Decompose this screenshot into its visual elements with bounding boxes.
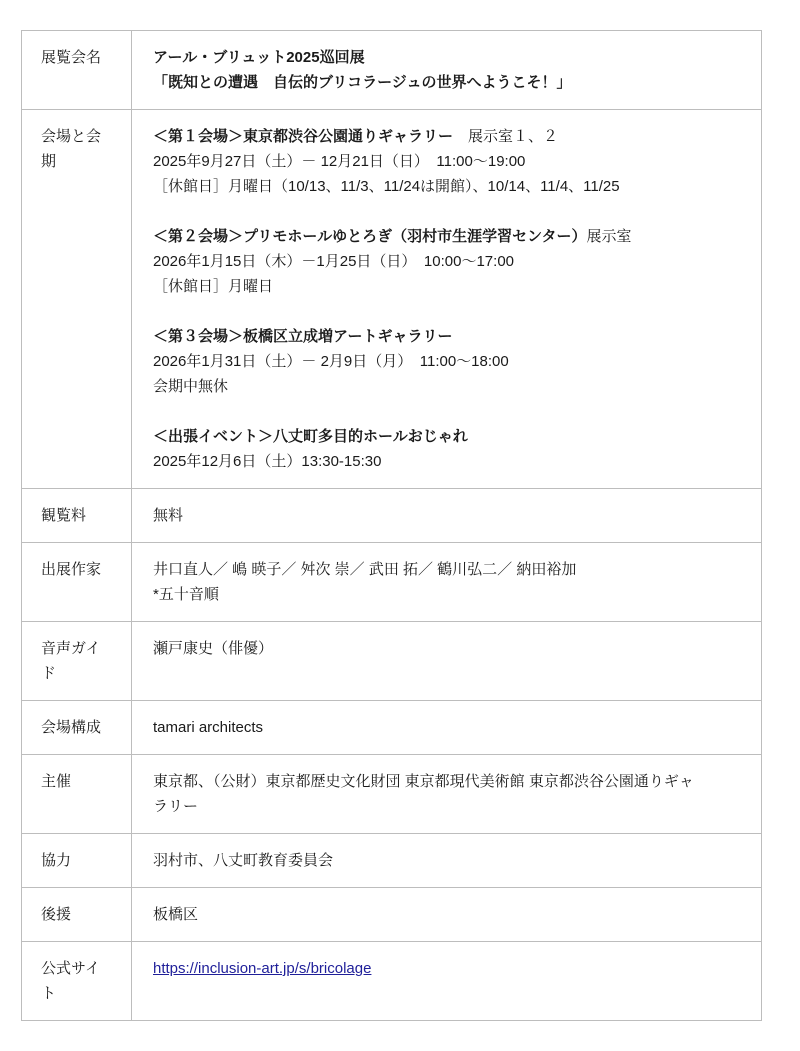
content-block: 板橋区 <box>153 902 708 927</box>
row-venues-and-dates: 会場と会期＜第１会場＞東京都渋谷公園通りギャラリー 展示室１、２2025年9月2… <box>22 110 761 489</box>
text: 会期中無休 <box>153 378 228 395</box>
exhibition-name-label: 展覧会名 <box>22 31 132 109</box>
row-artists: 出展作家井口直人／ 嶋 暎子／ 舛次 崇／ 武田 拓／ 鶴川弘二／ 納田裕加*五… <box>22 543 761 622</box>
content-line: 井口直人／ 嶋 暎子／ 舛次 崇／ 武田 拓／ 鶴川弘二／ 納田裕加 <box>153 557 708 582</box>
row-venue-design: 会場構成tamari architects <box>22 701 761 755</box>
content-block: 東京都、（公財）東京都歴史文化財団 東京都現代美術館 東京都渋谷公園通りギャラリ… <box>153 769 708 819</box>
content-line: tamari architects <box>153 715 708 740</box>
content-line: 東京都、（公財）東京都歴史文化財団 東京都現代美術館 東京都渋谷公園通りギャラリ… <box>153 769 708 819</box>
content-block: ＜出張イベント＞八丈町多目的ホールおじゃれ2025年12月6日（土）13:30-… <box>153 424 708 474</box>
content-line: 羽村市、八丈町教育委員会 <box>153 848 708 873</box>
content-line: 2025年9月27日（土）－ 12月21日（日） 11:00～19:00 <box>153 149 708 174</box>
admission-fee-content: 無料 <box>132 489 761 542</box>
venue-design-label: 会場構成 <box>22 701 132 754</box>
row-organizer: 主催東京都、（公財）東京都歴史文化財団 東京都現代美術館 東京都渋谷公園通りギャ… <box>22 755 761 834</box>
cooperation-content: 羽村市、八丈町教育委員会 <box>132 834 761 887</box>
content-line: *五十音順 <box>153 582 708 607</box>
audio-guide-label: 音声ガイド <box>22 622 132 700</box>
official-site-content: https://inclusion-art.jp/s/bricolage <box>132 942 761 1020</box>
content-line: https://inclusion-art.jp/s/bricolage <box>153 956 708 981</box>
text: 東京都、（公財）東京都歴史文化財団 東京都現代美術館 東京都渋谷公園通りギャラリ… <box>153 773 694 815</box>
text: 井口直人／ 嶋 暎子／ 舛次 崇／ 武田 拓／ 鶴川弘二／ 納田裕加 <box>153 561 576 578</box>
row-admission-fee: 観覧料無料 <box>22 489 761 543</box>
official-site-link[interactable]: https://inclusion-art.jp/s/bricolage <box>153 960 371 977</box>
content-line: ＜出張イベント＞八丈町多目的ホールおじゃれ <box>153 424 708 449</box>
text: tamari architects <box>153 719 263 736</box>
artists-label: 出展作家 <box>22 543 132 621</box>
support-content: 板橋区 <box>132 888 761 941</box>
official-site-label: 公式サイト <box>22 942 132 1020</box>
content-line: 無料 <box>153 503 708 528</box>
text: 2025年12月6日（土）13:30-15:30 <box>153 453 381 470</box>
audio-guide-content: 瀬戸康史（俳優） <box>132 622 761 700</box>
content-block: 井口直人／ 嶋 暎子／ 舛次 崇／ 武田 拓／ 鶴川弘二／ 納田裕加*五十音順 <box>153 557 708 607</box>
content-block: 瀬戸康史（俳優） <box>153 636 708 661</box>
exhibition-name-content: アール・ブリュット2025巡回展「既知との遭遇 自伝的ブリコラージュの世界へよう… <box>132 31 761 109</box>
text: 無料 <box>153 507 183 524</box>
row-audio-guide: 音声ガイド瀬戸康史（俳優） <box>22 622 761 701</box>
text: 羽村市、八丈町教育委員会 <box>153 852 333 869</box>
cooperation-label: 協力 <box>22 834 132 887</box>
content-line: 2025年12月6日（土）13:30-15:30 <box>153 449 708 474</box>
row-cooperation: 協力羽村市、八丈町教育委員会 <box>22 834 761 888</box>
row-exhibition-name: 展覧会名アール・ブリュット2025巡回展「既知との遭遇 自伝的ブリコラージュの世… <box>22 31 761 110</box>
content-block: ＜第２会場＞プリモホールゆとろぎ（羽村市生涯学習センター）展示室2026年1月1… <box>153 224 708 299</box>
content-line: 2026年1月15日（木）－1月25日（日） 10:00～17:00 <box>153 249 708 274</box>
content-line: 「既知との遭遇 自伝的ブリコラージュの世界へようこそ！」 <box>153 70 708 95</box>
artists-content: 井口直人／ 嶋 暎子／ 舛次 崇／ 武田 拓／ 鶴川弘二／ 納田裕加*五十音順 <box>132 543 761 621</box>
content-line: 2026年1月31日（土）－ 2月9日（月） 11:00～18:00 <box>153 349 708 374</box>
text: ［休館日］月曜日 <box>153 278 273 295</box>
content-line: ＜第１会場＞東京都渋谷公園通りギャラリー 展示室１、２ <box>153 124 708 149</box>
content-line: ＜第２会場＞プリモホールゆとろぎ（羽村市生涯学習センター）展示室 <box>153 224 708 249</box>
text: 2026年1月15日（木）－1月25日（日） 10:00～17:00 <box>153 253 514 270</box>
content-line: ［休館日］月曜日 <box>153 274 708 299</box>
content-line: 会期中無休 <box>153 374 708 399</box>
support-label: 後援 <box>22 888 132 941</box>
content-block: アール・ブリュット2025巡回展「既知との遭遇 自伝的ブリコラージュの世界へよう… <box>153 45 708 95</box>
content-line: アール・ブリュット2025巡回展 <box>153 45 708 70</box>
organizer-label: 主催 <box>22 755 132 833</box>
venues-and-dates-content: ＜第１会場＞東京都渋谷公園通りギャラリー 展示室１、２2025年9月27日（土）… <box>132 110 761 488</box>
text-bold: ＜第３会場＞板橋区立成増アートギャラリー <box>153 328 453 345</box>
content-line: 板橋区 <box>153 902 708 927</box>
text-bold: 「既知との遭遇 自伝的ブリコラージュの世界へようこそ！」 <box>153 74 572 91</box>
text-bold: ＜第１会場＞東京都渋谷公園通りギャラリー <box>153 128 453 145</box>
row-official-site: 公式サイトhttps://inclusion-art.jp/s/bricolag… <box>22 942 761 1020</box>
row-support: 後援板橋区 <box>22 888 761 942</box>
text: 板橋区 <box>153 906 198 923</box>
venues-and-dates-label: 会場と会期 <box>22 110 132 488</box>
text: 2025年9月27日（土）－ 12月21日（日） 11:00～19:00 <box>153 153 525 170</box>
content-line: ＜第３会場＞板橋区立成増アートギャラリー <box>153 324 708 349</box>
text: ［休館日］月曜日（10/13、11/3、11/24は開館）、10/14、11/4… <box>153 178 620 195</box>
text-bold: ＜第２会場＞プリモホールゆとろぎ（羽村市生涯学習センター） <box>153 228 587 245</box>
text: 瀬戸康史（俳優） <box>153 640 273 657</box>
exhibition-info-table: 展覧会名アール・ブリュット2025巡回展「既知との遭遇 自伝的ブリコラージュの世… <box>21 30 762 1021</box>
content-block: 無料 <box>153 503 708 528</box>
text: 2026年1月31日（土）－ 2月9日（月） 11:00～18:00 <box>153 353 509 370</box>
content-line: ［休館日］月曜日（10/13、11/3、11/24は開館）、10/14、11/4… <box>153 174 708 199</box>
text-bold: アール・ブリュット2025巡回展 <box>153 49 365 66</box>
text: 展示室１、２ <box>453 128 558 145</box>
content-block: 羽村市、八丈町教育委員会 <box>153 848 708 873</box>
text: *五十音順 <box>153 586 219 603</box>
content-block: tamari architects <box>153 715 708 740</box>
organizer-content: 東京都、（公財）東京都歴史文化財団 東京都現代美術館 東京都渋谷公園通りギャラリ… <box>132 755 761 833</box>
content-block: https://inclusion-art.jp/s/bricolage <box>153 956 708 981</box>
content-block: ＜第１会場＞東京都渋谷公園通りギャラリー 展示室１、２2025年9月27日（土）… <box>153 124 708 199</box>
venue-design-content: tamari architects <box>132 701 761 754</box>
text: 展示室 <box>587 228 632 245</box>
admission-fee-label: 観覧料 <box>22 489 132 542</box>
text-bold: ＜出張イベント＞八丈町多目的ホールおじゃれ <box>153 428 468 445</box>
content-block: ＜第３会場＞板橋区立成増アートギャラリー2026年1月31日（土）－ 2月9日（… <box>153 324 708 399</box>
content-line: 瀬戸康史（俳優） <box>153 636 708 661</box>
